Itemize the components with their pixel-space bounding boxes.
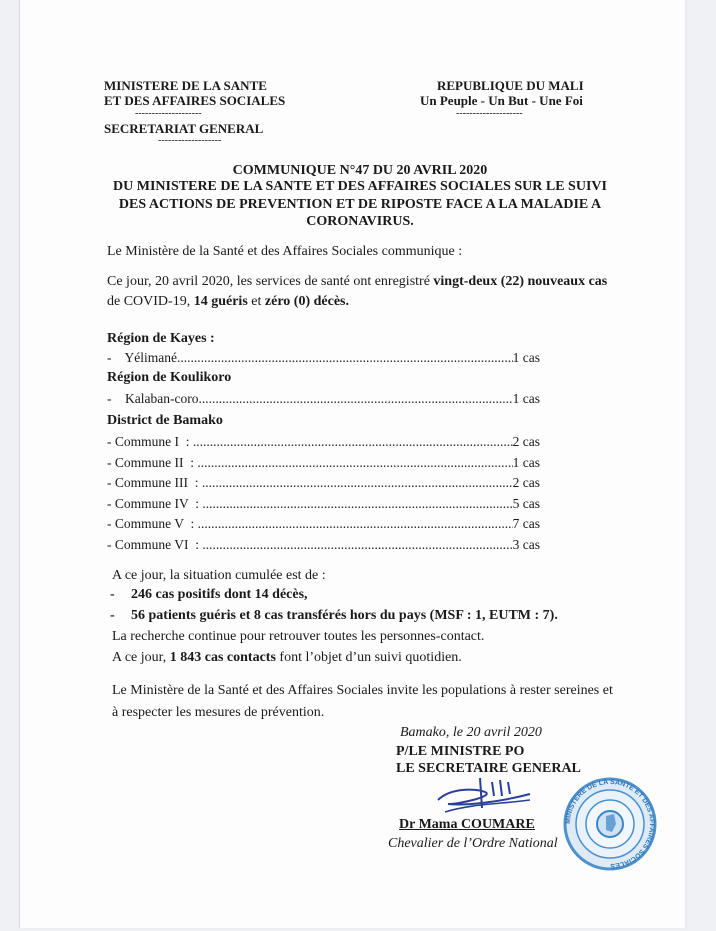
official-seal-icon: MINISTERE DE LA SANTE ET DES AFFAIRES SO… — [562, 776, 658, 872]
communique-title-line4: CORONAVIRUS. — [100, 214, 620, 230]
case-count: 7 cas — [513, 516, 540, 532]
today-recovered: 14 guéris — [194, 294, 248, 309]
case-row-commune-2: - Commune II : 1 cas — [107, 455, 540, 471]
case-row-commune-5: - Commune V : 7 cas — [107, 516, 540, 532]
leader-dots — [202, 475, 513, 491]
commune-name: - Commune V : — [107, 516, 198, 532]
bullet-marker: - — [110, 608, 115, 624]
bullet-marker: - — [110, 587, 115, 603]
case-count: 2 cas — [513, 434, 540, 450]
today-text-2: de COVID-19, — [107, 294, 194, 309]
today-paragraph-line2: de COVID-19, 14 guéris et zéro (0) décès… — [107, 294, 349, 310]
national-motto: Un Peuple - Un But - Une Foi — [420, 93, 583, 109]
closing-line2: à respecter les mesures de prévention. — [112, 705, 324, 721]
leader-dots — [198, 516, 513, 532]
case-row-commune-4: - Commune IV : 5 cas — [107, 496, 540, 512]
signatory-distinction: Chevalier de l’Ordre National — [388, 836, 558, 852]
case-row-commune-3: - Commune III : 2 cas — [107, 475, 540, 491]
ministry-name-line1: MINISTERE DE LA SANTE — [104, 78, 267, 94]
leader-dots — [202, 496, 512, 512]
locality-name: - Yélimané — [107, 350, 177, 366]
case-row-yelimane: - Yélimané1 cas — [107, 350, 540, 366]
region-heading-kayes: Région de Kayes : — [107, 331, 215, 347]
case-count: 3 cas — [513, 537, 540, 553]
header-right-separator: -------------------- — [456, 108, 523, 119]
case-count: 5 cas — [513, 496, 540, 512]
leader-dots — [177, 350, 513, 366]
contact-search-text: La recherche continue pour retrouver tou… — [112, 629, 484, 645]
signature-place-date: Bamako, le 20 avril 2020 — [400, 725, 542, 741]
today-new-cases: vingt-deux (22) nouveaux cas — [433, 274, 607, 289]
leader-dots — [197, 455, 512, 471]
republic-name: REPUBLIQUE DU MALI — [437, 78, 584, 94]
cumulative-recovered-transferred: 56 patients guéris et 8 cas transférés h… — [131, 608, 558, 624]
commune-name: - Commune II : — [107, 455, 197, 471]
closing-line1: Le Ministère de la Santé et des Affaires… — [112, 683, 613, 699]
locality-name: - Kalaban-coro — [107, 391, 198, 407]
contacts-text-2: font l’objet d’un suivi quotidien. — [276, 650, 462, 665]
cumulative-intro: A ce jour, la situation cumulée est de : — [112, 568, 326, 584]
handwritten-signature-icon — [430, 774, 550, 816]
contacts-count: 1 843 cas contacts — [170, 650, 276, 665]
communique-title-line2: DU MINISTERE DE LA SANTE ET DES AFFAIRES… — [100, 179, 620, 195]
case-row-commune-1: - Commune I : 2 cas — [107, 434, 540, 450]
case-row-kalaban-coro: - Kalaban-coro1 cas — [107, 391, 540, 407]
case-count: 1 cas — [513, 455, 540, 471]
commune-name: - Commune III : — [107, 475, 202, 491]
region-heading-bamako: District de Bamako — [107, 413, 223, 429]
intro-text: Le Ministère de la Santé et des Affaires… — [107, 244, 462, 260]
region-heading-koulikoro: Région de Koulikoro — [107, 370, 231, 386]
leader-dots — [202, 537, 512, 553]
today-text-3: et — [248, 294, 265, 309]
signatory-name: Dr Mama COUMARE — [399, 817, 535, 833]
header-left-separator-1: -------------------- — [135, 108, 202, 119]
case-count: 1 cas — [513, 391, 540, 407]
commune-name: - Commune I : — [107, 434, 193, 450]
communique-title-line1: COMMUNIQUE N°47 DU 20 AVRIL 2020 — [100, 163, 620, 179]
today-deaths: zéro (0) décès. — [265, 294, 349, 309]
case-count: 2 cas — [513, 475, 540, 491]
cumulative-positive-cases: 246 cas positifs dont 14 décès, — [131, 587, 308, 603]
contacts-text-1: A ce jour, — [112, 650, 170, 665]
today-paragraph-line1: Ce jour, 20 avril 2020, les services de … — [107, 274, 607, 290]
communique-title-line3: DES ACTIONS DE PREVENTION ET DE RIPOSTE … — [100, 197, 620, 213]
signature-for-minister: P/LE MINISTRE PO — [396, 744, 524, 760]
contacts-followup: A ce jour, 1 843 cas contacts font l’obj… — [112, 650, 462, 666]
commune-name: - Commune IV : — [107, 496, 202, 512]
ministry-name-line2: ET DES AFFAIRES SOCIALES — [104, 93, 285, 109]
case-count: 1 cas — [513, 350, 540, 366]
commune-name: - Commune VI : — [107, 537, 202, 553]
leader-dots — [198, 391, 512, 407]
case-row-commune-6: - Commune VI : 3 cas — [107, 537, 540, 553]
header-left-separator-2: ------------------- — [158, 135, 221, 146]
today-text-1: Ce jour, 20 avril 2020, les services de … — [107, 274, 433, 289]
leader-dots — [193, 434, 513, 450]
